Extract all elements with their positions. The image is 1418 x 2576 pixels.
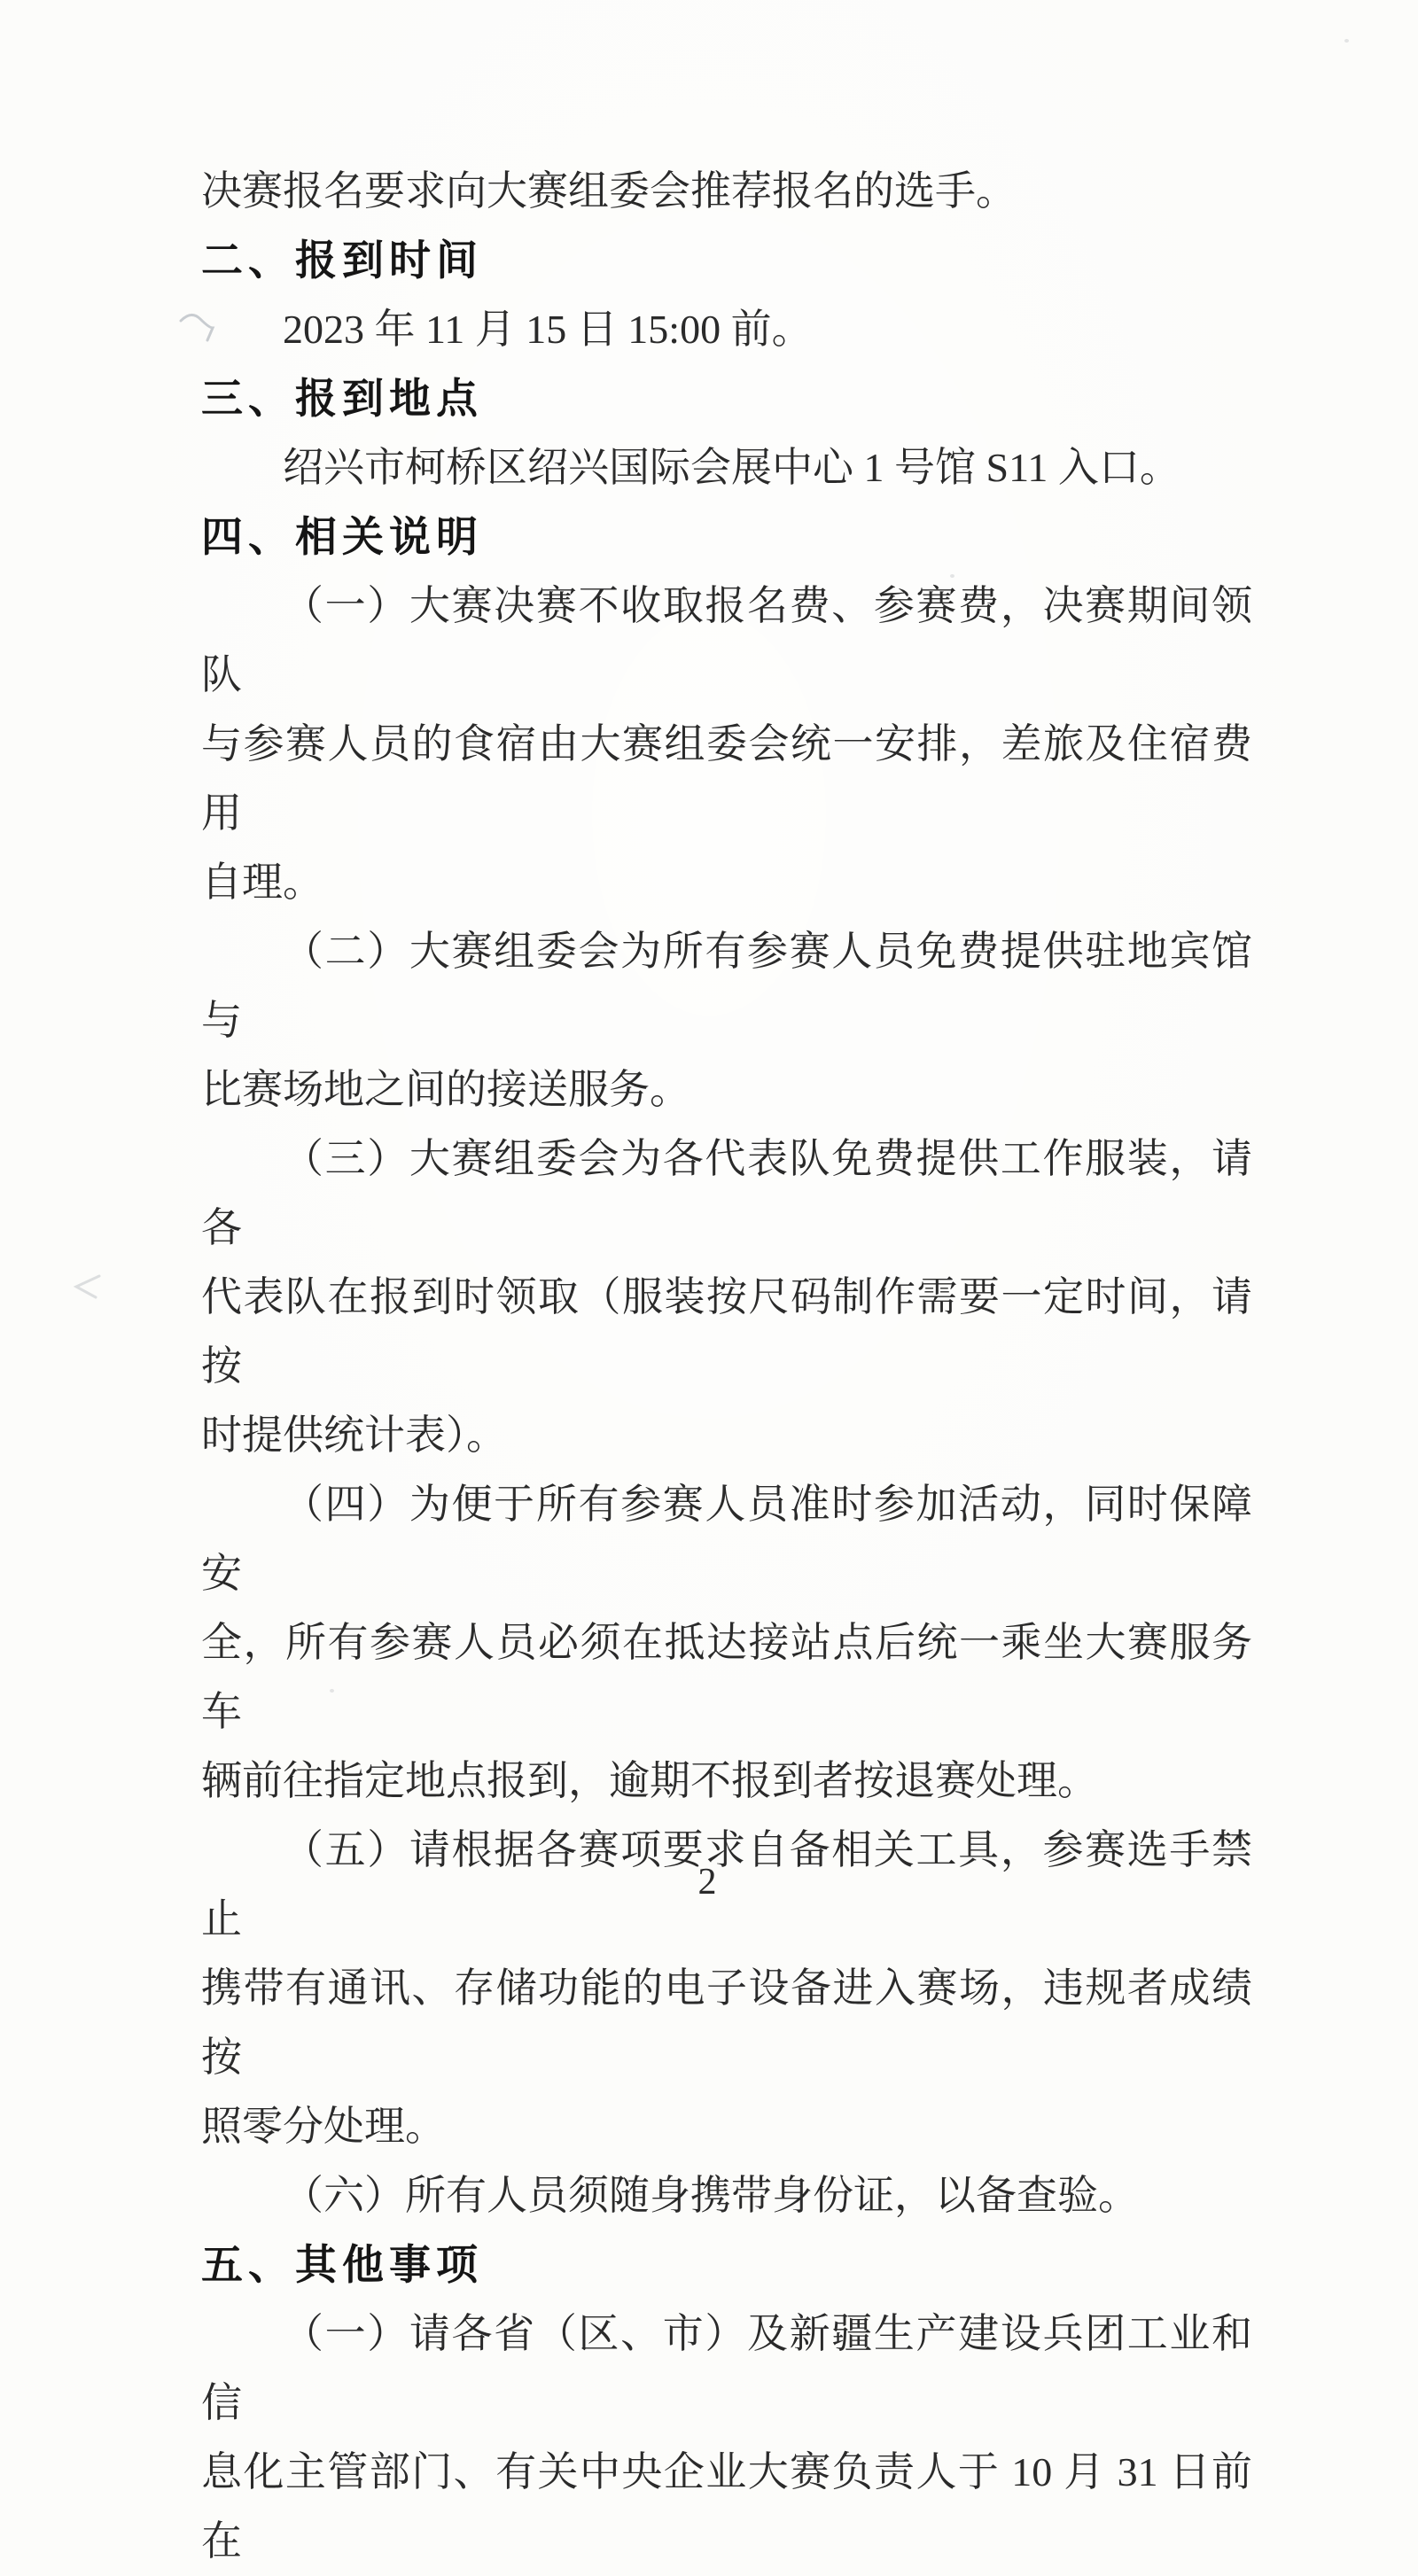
scanned-document-page: 决赛报名要求向大赛组委会推荐报名的选手。 二、报到时间 2023 年 11 月 … bbox=[0, 0, 1418, 2035]
body-line: 绍兴市柯桥区绍兴国际会展中心 1 号馆 S11 入口。 bbox=[201, 433, 1252, 502]
body-line: 比赛场地之间的接送服务。 bbox=[201, 1055, 1252, 1125]
body-line: 自理。 bbox=[201, 848, 1252, 917]
body-line: 全，所有参赛人员必须在抵达接站点后统一乘坐大赛服务车 bbox=[201, 1608, 1252, 1747]
section-heading: 四、相关说明 bbox=[201, 502, 1252, 572]
pencil-mark-icon bbox=[177, 308, 227, 349]
body-line: 辆前往指定地点报到，逾期不报到者按退赛处理。 bbox=[201, 1747, 1252, 1816]
scan-speck bbox=[1344, 39, 1349, 43]
page-number: 2 bbox=[681, 1861, 734, 1903]
body-line: 决赛报名要求向大赛组委会推荐报名的选手。 bbox=[201, 157, 1252, 226]
scan-speck bbox=[330, 1689, 334, 1693]
body-line: （四）为便于所有参赛人员准时参加活动，同时保障安 bbox=[201, 1470, 1252, 1608]
body-line: 时提供统计表）。 bbox=[201, 1401, 1252, 1470]
body-line: （三）大赛组委会为各代表队免费提供工作服装，请各 bbox=[201, 1125, 1252, 1263]
body-line: 与参赛人员的食宿由大赛组委会统一安排，差旅及住宿费用 bbox=[201, 710, 1252, 848]
text-block: 决赛报名要求向大赛组委会推荐报名的选手。 二、报到时间 2023 年 11 月 … bbox=[201, 157, 1252, 2035]
pencil-mark-icon bbox=[69, 1272, 108, 1303]
section-heading: 二、报到时间 bbox=[201, 226, 1252, 295]
scan-speck bbox=[950, 574, 954, 578]
section-heading: 三、报到地点 bbox=[201, 364, 1252, 433]
body-line: （一）大赛决赛不收取报名费、参赛费，决赛期间领队 bbox=[201, 572, 1252, 710]
body-line: 代表队在报到时领取（服装按尺码制作需要一定时间，请按 bbox=[201, 1263, 1252, 1401]
body-line: 携带有通讯、存储功能的电子设备进入赛场，违规者成绩按 bbox=[201, 1954, 1252, 2035]
body-line: （二）大赛组委会为所有参赛人员免费提供驻地宾馆与 bbox=[201, 917, 1252, 1055]
body-line: 2023 年 11 月 15 日 15:00 前。 bbox=[201, 295, 1252, 364]
